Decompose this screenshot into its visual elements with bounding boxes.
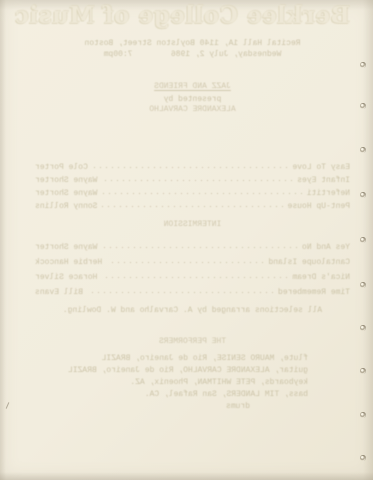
composer-name: Herbie Hancock [35,258,102,267]
venue-line: Recital Hall 1A, 1140 Boylston Street, B… [35,39,350,48]
dot-leader [102,201,282,208]
piece-title: Infant Eyes [297,176,350,185]
piece-title: Yes And No [302,243,350,252]
program-row: Nica's DreamHorace Silver [35,272,350,282]
performer-line: drums [68,402,250,411]
program-row: Cantaloupe IslandHerbie Hancock [35,257,350,267]
binding-hole-mark [360,147,366,153]
scanned-program-back-page: Berklee College of Music Recital Hall 1A… [0,0,373,480]
composer-name: Wayne Shorter [35,189,97,198]
binding-hole-mark [360,325,366,331]
program-first-half: Easy To LoveCole Porter Infant EyesWayne… [35,162,350,211]
piece-title: Nefertiti [307,189,350,198]
composer-name: Horace Silver [35,273,97,282]
college-title: Berklee College of Music [35,2,350,29]
dot-leader [88,287,273,294]
composer-name: Bill Evans [35,288,83,297]
program-row: Yes And NoWayne Shorter [35,242,350,252]
mirrored-bleedthrough-layer: Berklee College of Music Recital Hall 1A… [0,0,373,480]
binding-hole-mark [360,368,366,374]
composer-name: Wayne Shorter [35,243,97,252]
piece-title: Time Remembered [278,288,350,297]
performer-line: bass, TIM LANDERS, San Rafael, CA. [68,390,308,399]
dot-leader [93,162,288,169]
recital-title: JAZZ AND FRIENDS [35,82,350,91]
piece-title: Pent-Up House [288,202,350,211]
performer-line: flute, MAURO SENISE, Rio de Janeiro, BRA… [68,354,308,363]
presented-by-label: presented by [35,95,350,104]
date-line: Wednesday, July 2, 1986 7:00pm [35,50,350,59]
dot-leader [102,272,287,279]
dot-leader [102,175,292,182]
piece-title: Cantaloupe Island [268,258,350,267]
binding-hole-mark [360,412,366,418]
performers-heading: THE PERFORMERS [35,337,350,346]
binding-hole-mark [360,192,366,198]
program-row: Easy To LoveCole Porter [35,162,350,172]
composer-name: Cole Porter [35,163,88,172]
binding-hole-mark [360,282,366,288]
performers-list: flute, MAURO SENISE, Rio de Janeiro, BRA… [68,354,308,414]
program-row: NefertitiWayne Shorter [35,188,350,198]
piece-title: Nica's Dream [292,273,350,282]
performer-line: guitar, ALEXANDRE CARVALHO, Rio de Janei… [68,366,308,375]
binding-hole-mark [360,103,366,109]
composer-name: Sonny Rollins [35,202,97,211]
program-row: Pent-Up HouseSonny Rollins [35,201,350,211]
performer-line: keyboards, PETE WHITMAN, Phoenix, AZ. [68,378,308,387]
program-row: Infant EyesWayne Shorter [35,175,350,185]
binding-hole-mark [360,237,366,243]
dot-leader [107,257,263,264]
composer-name: Wayne Shorter [35,176,97,185]
program-row: Time RememberedBill Evans [35,287,350,297]
piece-title: Easy To Love [292,163,350,172]
dot-leader [102,188,301,195]
arranger-note: All selections arranged by A. Carvalho a… [35,306,350,315]
binding-hole-mark [360,455,366,461]
program-second-half: Yes And NoWayne Shorter Cantaloupe Islan… [35,242,350,297]
dot-leader [102,242,297,249]
intermission-heading: INTERMISSION [35,220,350,229]
presenter-name: ALEXANDRE CARVALHO [35,105,350,114]
binding-hole-mark [360,62,366,68]
